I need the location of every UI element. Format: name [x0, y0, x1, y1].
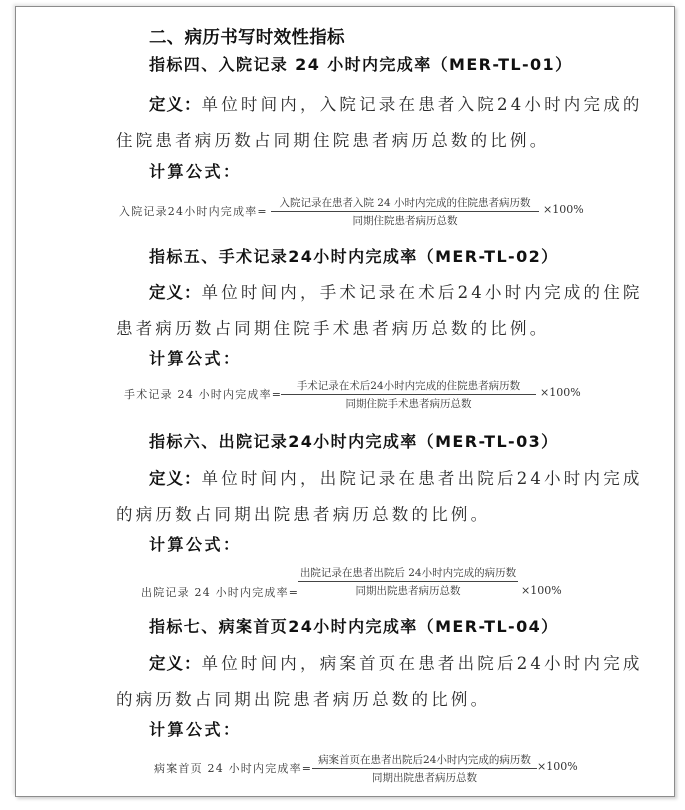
- formula-multiplier: ×100%: [540, 386, 581, 399]
- definition-line: 定义：单位时间内，病案首页在患者出院后24小时内完成: [149, 650, 643, 674]
- formula-numerator: 入院记录在患者入院 24 小时内完成的住院患者病历数: [271, 195, 539, 210]
- formula-numerator: 病案首页在患者出院后24小时内完成的病历数: [312, 752, 537, 767]
- definition-line: 定义：单位时间内，出院记录在患者出院后24小时内完成: [149, 465, 643, 489]
- definition-text: 单位时间内，入院记录在患者入院24小时内完成的: [202, 95, 643, 114]
- indicator-title: 指标四、入院记录 24 小时内完成率（MER-TL-01）: [149, 52, 572, 75]
- formula-numerator: 手术记录在术后24小时内完成的住院患者病历数: [281, 378, 536, 393]
- definition-line-continued: 的病历数占同期出院患者病历总数的比例。: [116, 501, 490, 525]
- formula-label: 计算公式：: [149, 717, 242, 740]
- formula-lhs: 入院记录24小时内完成率=: [119, 203, 268, 219]
- definition-lead: 定义：: [149, 654, 202, 673]
- formula-fraction: 病案首页在患者出院后24小时内完成的病历数 同期出院患者病历总数: [312, 752, 537, 785]
- indicator-title: 指标七、病案首页24小时内完成率（MER-TL-04）: [149, 614, 559, 637]
- formula-denominator: 同期出院患者病历总数: [298, 583, 518, 598]
- formula-fraction: 出院记录在患者出院后 24小时内完成的病历数 同期出院患者病历总数: [298, 565, 518, 598]
- formula-lhs: 手术记录 24 小时内完成率=: [124, 386, 282, 402]
- definition-text: 单位时间内，手术记录在术后24小时内完成的住院: [202, 283, 643, 302]
- formula-multiplier: ×100%: [537, 760, 578, 773]
- definition-line-continued: 的病历数占同期出院患者病历总数的比例。: [116, 686, 490, 710]
- definition-lead: 定义：: [149, 283, 202, 302]
- indicator-title: 指标五、手术记录24小时内完成率（MER-TL-02）: [149, 244, 559, 267]
- formula-multiplier: ×100%: [521, 584, 562, 597]
- fraction-bar: [298, 581, 518, 582]
- definition-line: 定义：单位时间内，入院记录在患者入院24小时内完成的: [149, 91, 643, 115]
- formula-label: 计算公式：: [149, 532, 242, 555]
- fraction-bar: [271, 211, 539, 212]
- formula-lhs: 病案首页 24 小时内完成率=: [154, 760, 312, 776]
- formula-label: 计算公式：: [149, 159, 242, 182]
- definition-text: 单位时间内，出院记录在患者出院后24小时内完成: [202, 469, 643, 488]
- definition-lead: 定义：: [149, 95, 202, 114]
- definition-lead: 定义：: [149, 469, 202, 488]
- definition-line: 定义：单位时间内，手术记录在术后24小时内完成的住院: [149, 279, 643, 303]
- formula-denominator: 同期住院患者病历总数: [271, 213, 539, 228]
- formula-numerator: 出院记录在患者出院后 24小时内完成的病历数: [298, 565, 518, 580]
- definition-line-continued: 住院患者病历数占同期住院患者病历总数的比例。: [116, 127, 549, 151]
- formula-denominator: 同期住院手术患者病历总数: [281, 396, 536, 411]
- formula-lhs: 出院记录 24 小时内完成率=: [141, 584, 299, 600]
- formula-denominator: 同期出院患者病历总数: [312, 770, 537, 785]
- definition-line-continued: 患者病历数占同期住院手术患者病历总数的比例。: [116, 315, 549, 339]
- fraction-bar: [281, 394, 536, 395]
- formula-fraction: 入院记录在患者入院 24 小时内完成的住院患者病历数 同期住院患者病历总数: [271, 195, 539, 228]
- indicator-title: 指标六、出院记录24小时内完成率（MER-TL-03）: [149, 429, 559, 452]
- section-title: 二、病历书写时效性指标: [149, 24, 345, 49]
- formula-fraction: 手术记录在术后24小时内完成的住院患者病历数 同期住院手术患者病历总数: [281, 378, 536, 411]
- definition-text: 单位时间内，病案首页在患者出院后24小时内完成: [202, 654, 643, 673]
- formula-label: 计算公式：: [149, 346, 242, 369]
- document-page: 二、病历书写时效性指标 指标四、入院记录 24 小时内完成率（MER-TL-01…: [15, 6, 675, 797]
- formula-multiplier: ×100%: [543, 203, 584, 216]
- fraction-bar: [312, 768, 537, 769]
